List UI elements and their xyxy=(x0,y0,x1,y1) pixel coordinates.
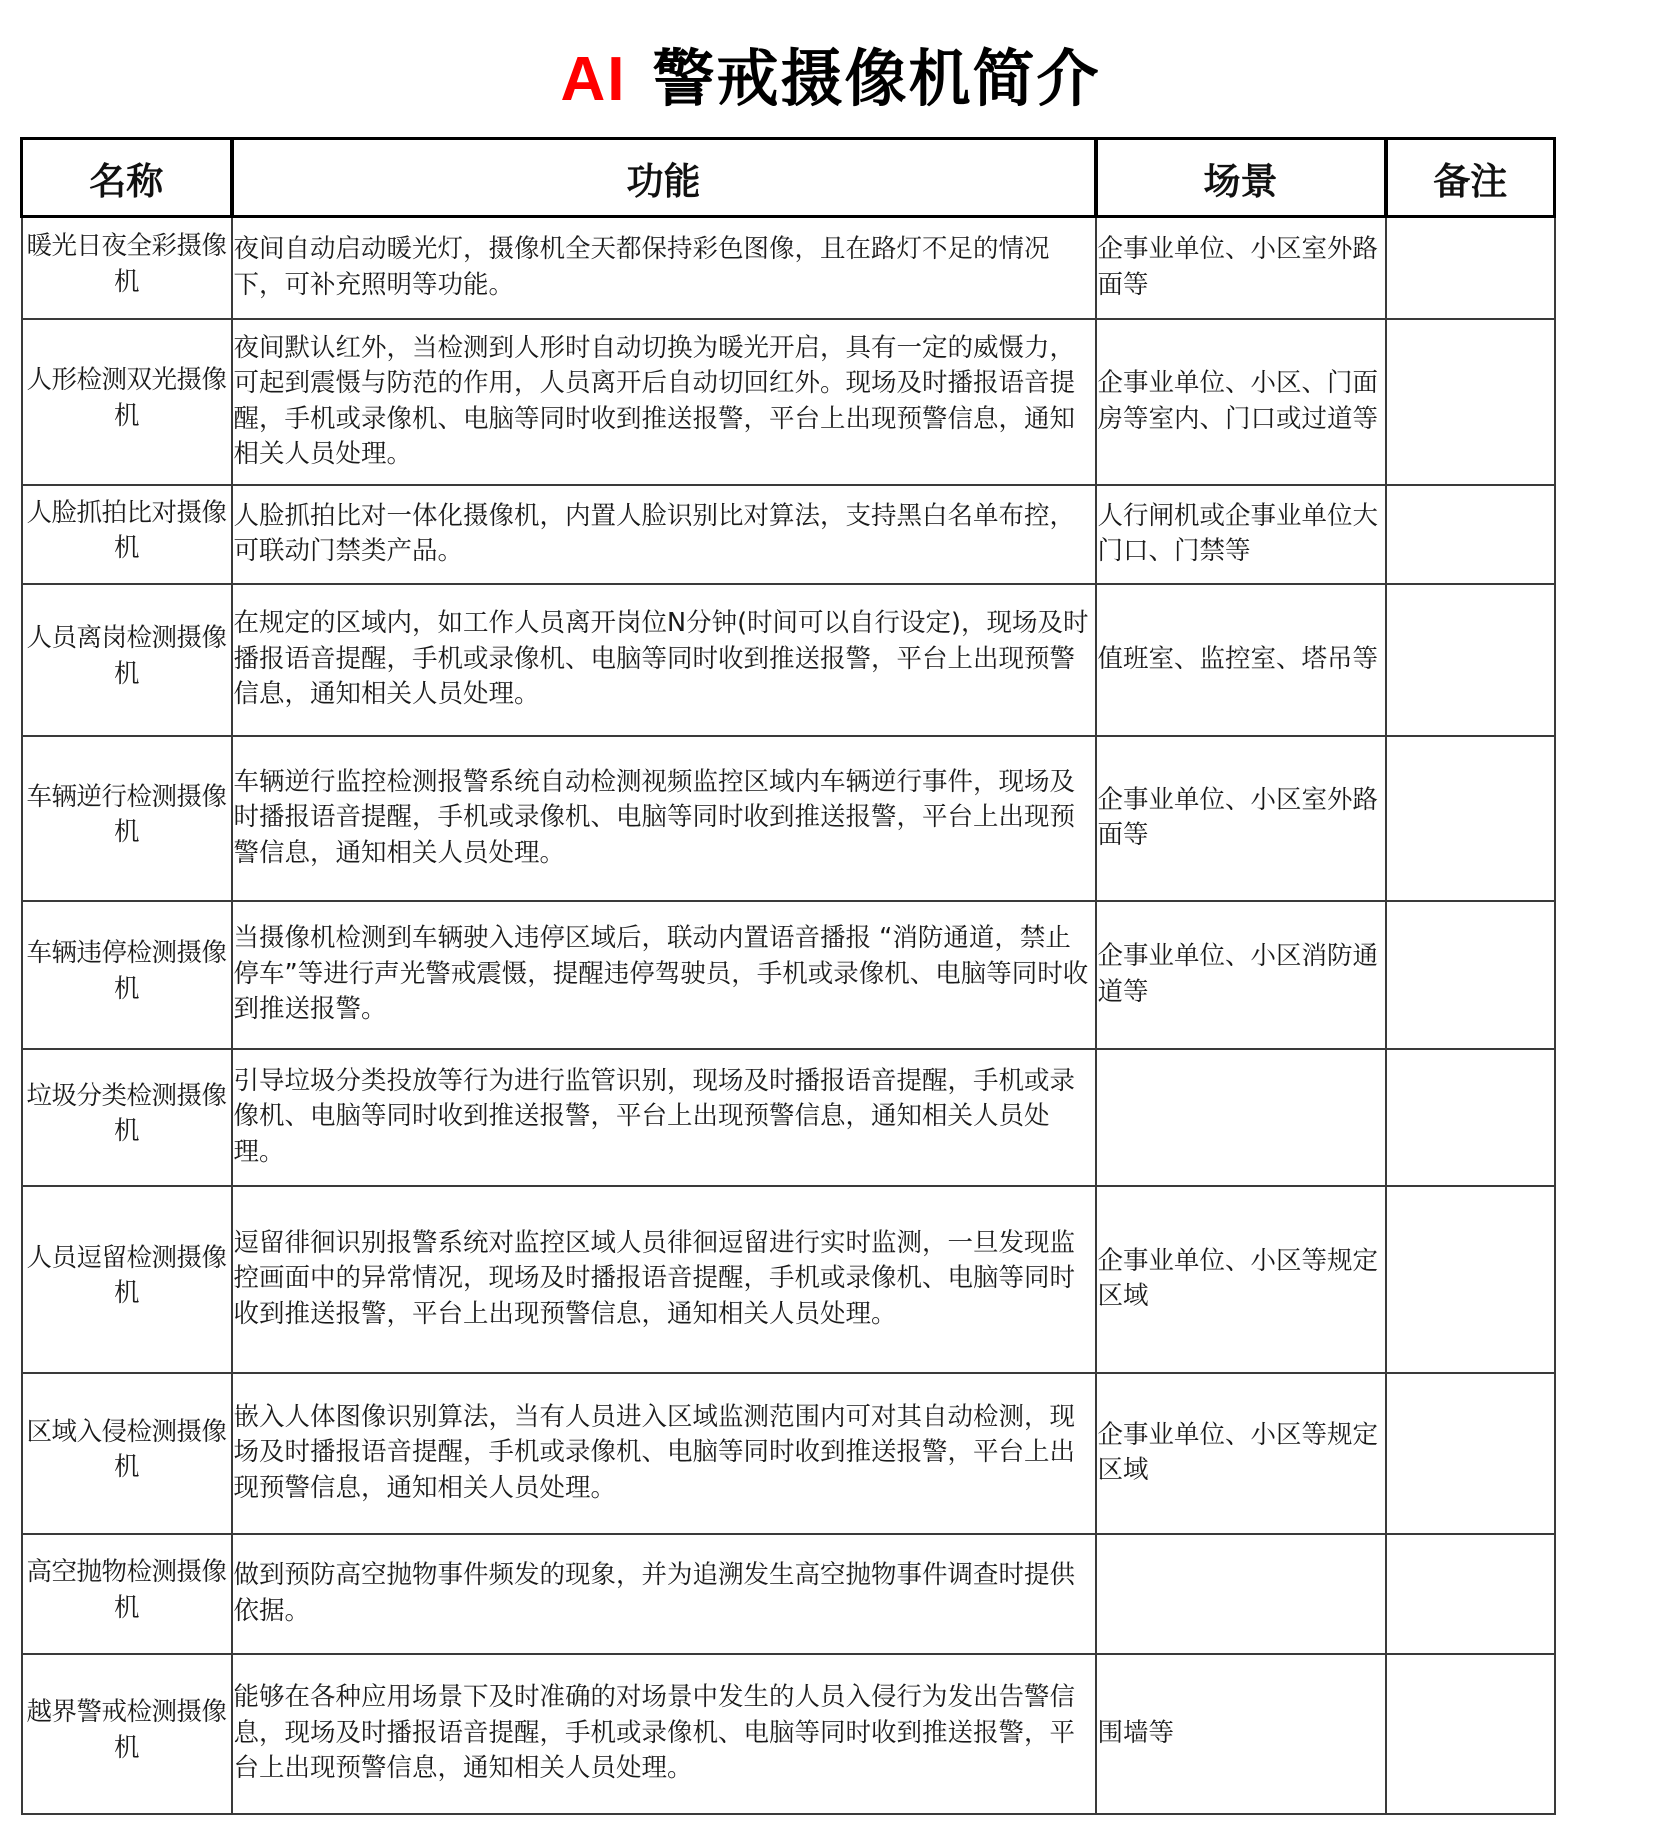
table-row: 人脸抓拍比对摄像机 人脸抓拍比对一体化摄像机，内置人脸识别比对算法，支持黑白名单… xyxy=(22,485,1555,584)
cell-scene: 企事业单位、小区、门面房等室内、门口或过道等 xyxy=(1096,319,1386,485)
camera-table: 名称 功能 场景 备注 暖光日夜全彩摄像机 夜间自动启动暖光灯，摄像机全天都保持… xyxy=(20,137,1556,1815)
cell-note xyxy=(1386,1534,1555,1654)
cell-name: 人形检测双光摄像机 xyxy=(22,319,232,485)
cell-function: 引导垃圾分类投放等行为进行监管识别，现场及时播报语音提醒，手机或录像机、电脑等同… xyxy=(232,1049,1096,1186)
header-scene: 场景 xyxy=(1096,139,1386,217)
cell-scene: 人行闸机或企事业单位大门口、门禁等 xyxy=(1096,485,1386,584)
cell-note xyxy=(1386,1654,1555,1814)
table-row: 暖光日夜全彩摄像机 夜间自动启动暖光灯，摄像机全天都保持彩色图像，且在路灯不足的… xyxy=(22,217,1555,319)
cell-scene xyxy=(1096,1534,1386,1654)
cell-scene: 值班室、监控室、塔吊等 xyxy=(1096,584,1386,736)
cell-function: 当摄像机检测到车辆驶入违停区域后，联动内置语音播报 “消防通道，禁止停车”等进行… xyxy=(232,901,1096,1049)
cell-name: 区域入侵检测摄像机 xyxy=(22,1373,232,1534)
cell-name: 人员离岗检测摄像机 xyxy=(22,584,232,736)
cell-note xyxy=(1386,584,1555,736)
cell-name: 车辆违停检测摄像机 xyxy=(22,901,232,1049)
header-function: 功能 xyxy=(232,139,1096,217)
cell-scene: 企事业单位、小区等规定区域 xyxy=(1096,1373,1386,1534)
cell-function: 夜间自动启动暖光灯，摄像机全天都保持彩色图像，且在路灯不足的情况下，可补充照明等… xyxy=(232,217,1096,319)
cell-note xyxy=(1386,1186,1555,1373)
cell-name: 高空抛物检测摄像机 xyxy=(22,1534,232,1654)
table-row: 人员离岗检测摄像机 在规定的区域内，如工作人员离开岗位N分钟(时间可以自行设定)… xyxy=(22,584,1555,736)
table-row: 垃圾分类检测摄像机 引导垃圾分类投放等行为进行监管识别，现场及时播报语音提醒，手… xyxy=(22,1049,1555,1186)
cell-function: 逗留徘徊识别报警系统对监控区域人员徘徊逗留进行实时监测，一旦发现监控画面中的异常… xyxy=(232,1186,1096,1373)
header-note: 备注 xyxy=(1386,139,1555,217)
cell-function: 嵌入人体图像识别算法，当有人员进入区域监测范围内可对其自动检测，现场及时播报语音… xyxy=(232,1373,1096,1534)
cell-function: 车辆逆行监控检测报警系统自动检测视频监控区域内车辆逆行事件，现场及时播报语音提醒… xyxy=(232,736,1096,901)
cell-name: 暖光日夜全彩摄像机 xyxy=(22,217,232,319)
table-row: 人员逗留检测摄像机 逗留徘徊识别报警系统对监控区域人员徘徊逗留进行实时监测，一旦… xyxy=(22,1186,1555,1373)
cell-note xyxy=(1386,901,1555,1049)
cell-name: 车辆逆行检测摄像机 xyxy=(22,736,232,901)
page-title: AI警戒摄像机简介 xyxy=(0,38,1661,121)
cell-scene: 围墙等 xyxy=(1096,1654,1386,1814)
table-row: 人形检测双光摄像机 夜间默认红外，当检测到人形时自动切换为暖光开启，具有一定的威… xyxy=(22,319,1555,485)
cell-scene: 企事业单位、小区等规定区域 xyxy=(1096,1186,1386,1373)
cell-function: 夜间默认红外，当检测到人形时自动切换为暖光开启，具有一定的威慑力，可起到震慑与防… xyxy=(232,319,1096,485)
cell-scene: 企事业单位、小区室外路面等 xyxy=(1096,736,1386,901)
cell-function: 做到预防高空抛物事件频发的现象，并为追溯发生高空抛物事件调查时提供依据。 xyxy=(232,1534,1096,1654)
header-name: 名称 xyxy=(22,139,232,217)
table-row: 区域入侵检测摄像机 嵌入人体图像识别算法，当有人员进入区域监测范围内可对其自动检… xyxy=(22,1373,1555,1534)
cell-name: 人员逗留检测摄像机 xyxy=(22,1186,232,1373)
table-row: 高空抛物检测摄像机 做到预防高空抛物事件频发的现象，并为追溯发生高空抛物事件调查… xyxy=(22,1534,1555,1654)
cell-name: 人脸抓拍比对摄像机 xyxy=(22,485,232,584)
cell-name: 越界警戒检测摄像机 xyxy=(22,1654,232,1814)
cell-scene: 企事业单位、小区消防通道等 xyxy=(1096,901,1386,1049)
title-accent-ai: AI xyxy=(560,45,626,114)
cell-scene xyxy=(1096,1049,1386,1186)
cell-note xyxy=(1386,1373,1555,1534)
cell-name: 垃圾分类检测摄像机 xyxy=(22,1049,232,1186)
cell-note xyxy=(1386,485,1555,584)
cell-note xyxy=(1386,217,1555,319)
cell-note xyxy=(1386,1049,1555,1186)
table-row: 车辆逆行检测摄像机 车辆逆行监控检测报警系统自动检测视频监控区域内车辆逆行事件，… xyxy=(22,736,1555,901)
title-text: 警戒摄像机简介 xyxy=(652,42,1100,115)
cell-function: 人脸抓拍比对一体化摄像机，内置人脸识别比对算法，支持黑白名单布控，可联动门禁类产… xyxy=(232,485,1096,584)
table-header-row: 名称 功能 场景 备注 xyxy=(22,139,1555,217)
cell-scene: 企事业单位、小区室外路面等 xyxy=(1096,217,1386,319)
table-row: 越界警戒检测摄像机 能够在各种应用场景下及时准确的对场景中发生的人员入侵行为发出… xyxy=(22,1654,1555,1814)
cell-note xyxy=(1386,736,1555,901)
table-row: 车辆违停检测摄像机 当摄像机检测到车辆驶入违停区域后，联动内置语音播报 “消防通… xyxy=(22,901,1555,1049)
cell-function: 在规定的区域内，如工作人员离开岗位N分钟(时间可以自行设定)，现场及时播报语音提… xyxy=(232,584,1096,736)
cell-note xyxy=(1386,319,1555,485)
cell-function: 能够在各种应用场景下及时准确的对场景中发生的人员入侵行为发出告警信息，现场及时播… xyxy=(232,1654,1096,1814)
